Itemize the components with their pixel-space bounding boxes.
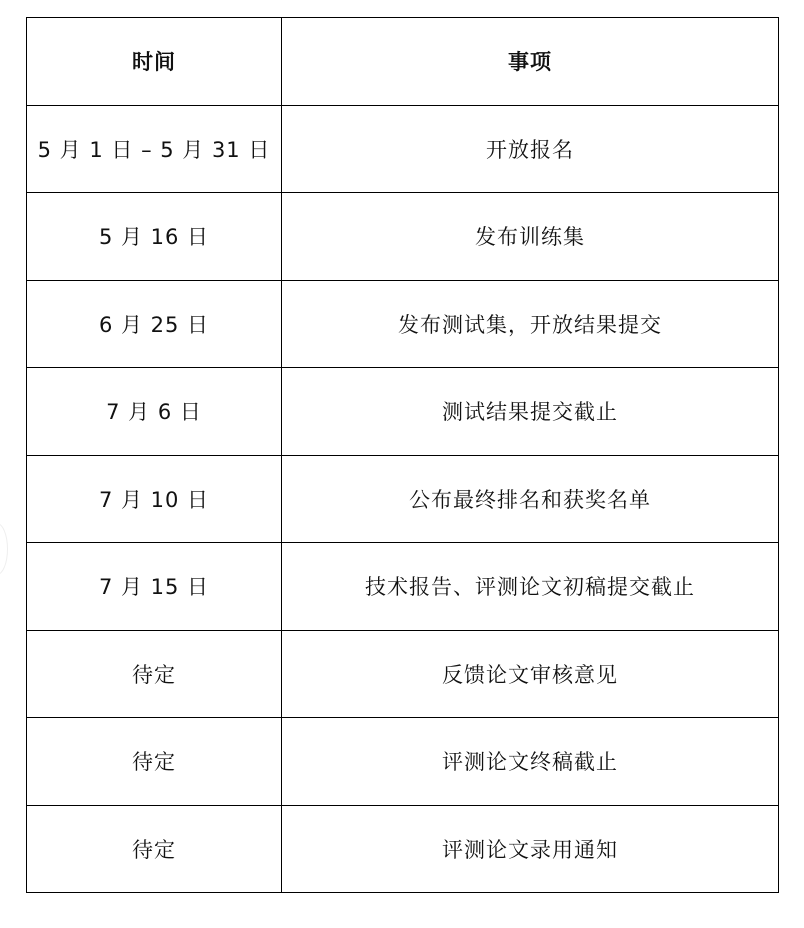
- table-row: 7 月 15 日 技术报告、评测论文初稿提交截止: [27, 543, 779, 631]
- cell-time: 7 月 10 日: [27, 455, 282, 543]
- table-row: 6 月 25 日 发布测试集，开放结果提交: [27, 280, 779, 368]
- cell-item: 开放报名: [282, 105, 779, 193]
- decorative-arc: [0, 523, 8, 575]
- cell-time: 7 月 6 日: [27, 368, 282, 456]
- cell-time: 5 月 16 日: [27, 193, 282, 281]
- cell-time: 7 月 15 日: [27, 543, 282, 631]
- table-row: 待定 评测论文录用通知: [27, 805, 779, 893]
- cell-item: 技术报告、评测论文初稿提交截止: [282, 543, 779, 631]
- cell-time: 6 月 25 日: [27, 280, 282, 368]
- cell-item: 测试结果提交截止: [282, 368, 779, 456]
- table-row: 5 月 16 日 发布训练集: [27, 193, 779, 281]
- cell-item: 发布训练集: [282, 193, 779, 281]
- header-row: 时间 事项: [27, 18, 779, 106]
- table-row: 待定 反馈论文审核意见: [27, 630, 779, 718]
- table-row: 7 月 10 日 公布最终排名和获奖名单: [27, 455, 779, 543]
- cell-item: 发布测试集，开放结果提交: [282, 280, 779, 368]
- cell-item: 评测论文终稿截止: [282, 718, 779, 806]
- header-item: 事项: [282, 18, 779, 106]
- cell-item: 反馈论文审核意见: [282, 630, 779, 718]
- table-row: 7 月 6 日 测试结果提交截止: [27, 368, 779, 456]
- cell-time: 待定: [27, 718, 282, 806]
- schedule-table: 时间 事项 5 月 1 日 – 5 月 31 日 开放报名 5 月 16 日 发…: [26, 17, 779, 893]
- cell-item: 评测论文录用通知: [282, 805, 779, 893]
- cell-time: 待定: [27, 630, 282, 718]
- header-time: 时间: [27, 18, 282, 106]
- table-row: 待定 评测论文终稿截止: [27, 718, 779, 806]
- cell-time: 待定: [27, 805, 282, 893]
- table-row: 5 月 1 日 – 5 月 31 日 开放报名: [27, 105, 779, 193]
- cell-time: 5 月 1 日 – 5 月 31 日: [27, 105, 282, 193]
- cell-item: 公布最终排名和获奖名单: [282, 455, 779, 543]
